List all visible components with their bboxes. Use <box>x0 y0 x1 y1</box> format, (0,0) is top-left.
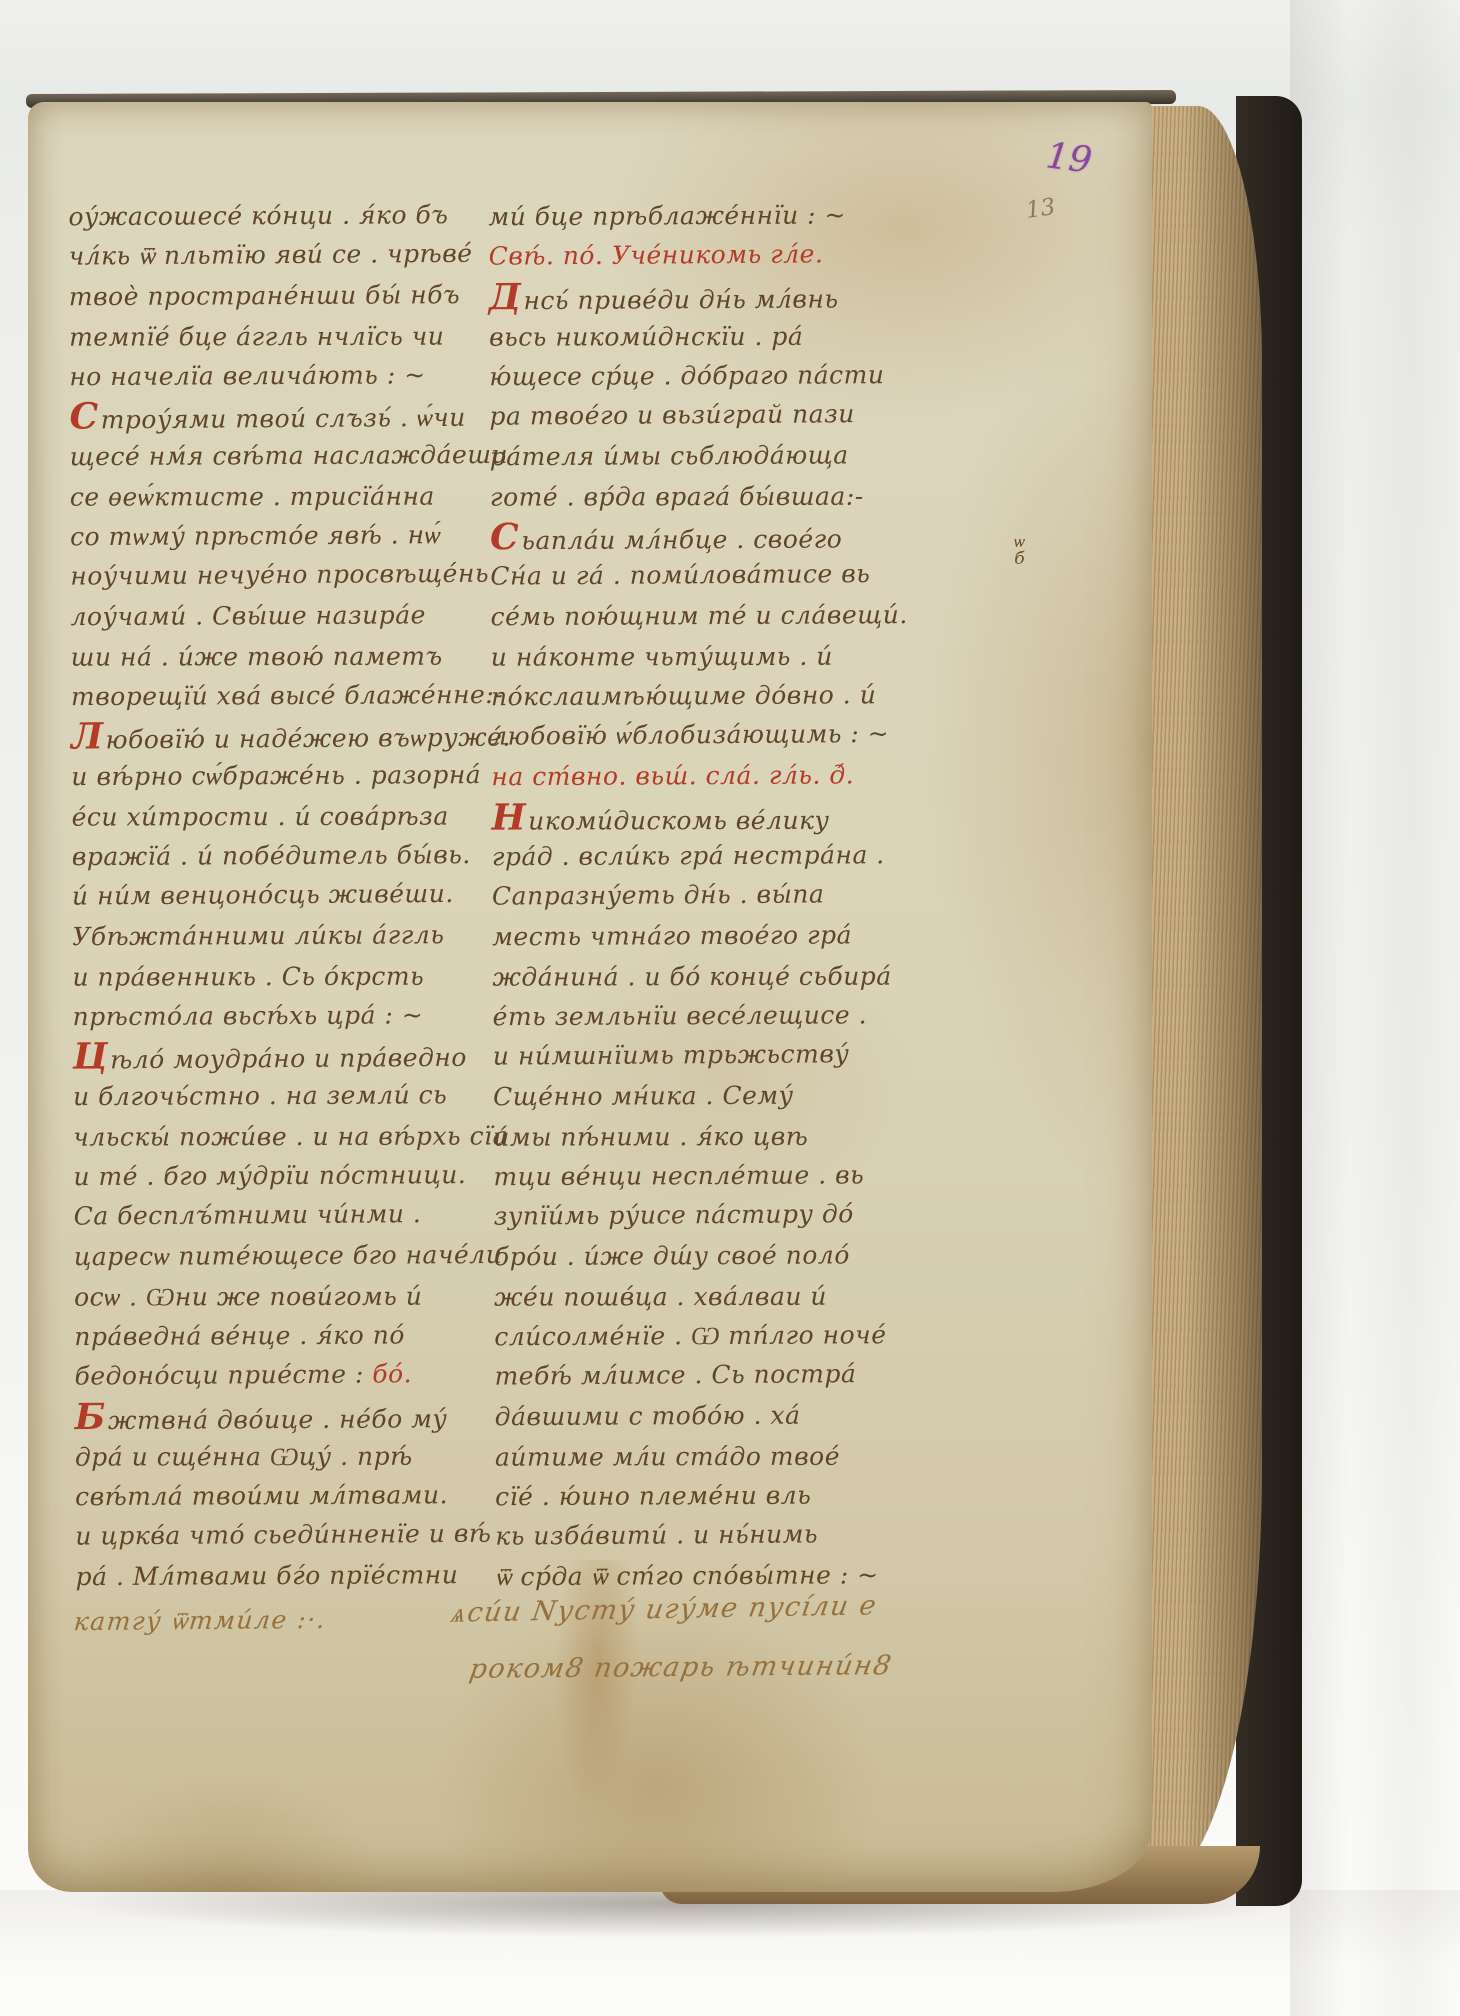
body-text: сли́солме́нїе . Ѡ тп́лго ноче́ <box>494 1320 886 1351</box>
body-text: гра́д . всли́кь гра́ нестра́на . <box>492 840 885 871</box>
text-line: ѿ ср́да ѿ ст́го спо́вы́тне : ~ <box>495 1555 975 1598</box>
scribal-note-right-line2: роком8 пожарь ѣтчини́н8 <box>467 1650 895 1685</box>
text-line: и пра́венникь . Сь о́крсть <box>72 956 524 997</box>
text-line: зупїи́мь ру́исе па́стиру до́ <box>494 1193 974 1236</box>
body-text: Убѣжта́нними ли́кы а́ггль <box>72 920 444 951</box>
text-line: е́си хи́трости . и́ сова́рѣза <box>72 796 524 837</box>
text-line: и те́ . бго му́дрїи по́стници. <box>73 1155 525 1197</box>
text-line: пра́ведна́ ве́нце . я́ко по́ <box>74 1315 526 1357</box>
text-line: ра́ . Мл́твами бѓо прїе́стни <box>75 1555 527 1597</box>
body-text: нсь́ приве́ди дн́ь мл́внь <box>523 284 838 315</box>
folio-number-purple: 19 <box>1044 135 1094 181</box>
text-line: ю́щесе ср́це . до́браго па́сти <box>489 355 969 398</box>
body-text: и ни́мшнїимь трьжьству́ <box>493 1039 850 1070</box>
text-line: Днсь́ приве́ди дн́ь мл́внь <box>489 275 969 318</box>
text-line: Любовїю́ и наде́жею въѡруже́. <box>71 713 523 756</box>
text-line: и блгочь́стно . на земли́ сь <box>73 1075 525 1117</box>
body-text: лоу́чами́ . Свы́ше назира́е <box>70 600 426 631</box>
body-text: тци ве́нци неспле́тше . вь <box>493 1160 864 1191</box>
body-text: аи́тиме мл́и ста́до твое́ <box>495 1442 840 1472</box>
rubric-text: бо́. <box>372 1359 412 1388</box>
text-line: тебѣ́ мл́имсе . Сь постра́ <box>494 1353 974 1396</box>
red-initial: С <box>69 395 98 437</box>
body-text: месть чтна́го твое́го гра́ <box>492 920 852 951</box>
body-text: юбовїю́ и наде́жею въѡруже́. <box>105 723 511 755</box>
body-text: по́кслаимѣю́щиме до́вно . и́ <box>491 680 876 711</box>
text-line: аи́тиме мл́и ста́до твое́ <box>495 1436 975 1477</box>
body-text: ноу́чими нечуе́но просвѣще́нь <box>70 559 489 591</box>
text-line: и вѣ́рно сѡ́браже́нь . разорна́ <box>71 755 523 797</box>
body-text: да́вшими с тобо́ю . ха́ <box>495 1401 801 1432</box>
right-text-column: ми́ бце прѣблаже́ннїи : ~Свѣ́. по́. Уче́… <box>488 195 975 1597</box>
body-text: и́ ни́м венцоно́сць живе́ши. <box>72 879 454 911</box>
text-line: дра́ и сще́нна Ѡцу́ . прѣ́ <box>75 1436 527 1477</box>
text-line: сїе́ . ю́ино племе́ни вль <box>495 1475 975 1518</box>
text-line: бедоно́сци прие́сте : бо́. <box>74 1353 526 1396</box>
body-text: и на́конте чьту́щимь . и́ <box>491 642 833 672</box>
text-line: сли́солме́нїе . Ѡ тп́лго ноче́ <box>494 1315 974 1358</box>
manuscript-photo: { "folio": { "number_purple": "19", "num… <box>0 0 1460 2016</box>
text-line: жда́нина́ . и бо́ конце́ сьбира́ <box>492 956 972 997</box>
body-text: Сн́а и га́ . поми́лова́тисе вь <box>490 559 870 591</box>
scribal-note-left: катгу́ ѿтми́ле :·. <box>72 1605 327 1637</box>
text-line: Убѣжта́нними ли́кы а́ггль <box>72 915 524 957</box>
text-line: е́ть земльнїи весе́лещисе . <box>493 995 973 1038</box>
text-line: же́и пошв́ца . хва́лваи и́ <box>494 1276 974 1317</box>
body-text: ра́теля и́мы сьблюда́юща <box>490 440 849 471</box>
body-text: жда́нина́ . и бо́ конце́ сьбира́ <box>492 962 891 992</box>
body-text: и пра́венникь . Сь о́крсть <box>72 962 424 992</box>
text-line: Сще́нно мн́ика . Сему́ <box>493 1075 973 1118</box>
body-text: свѣ́тла́ твои́ми мл́твами. <box>75 1480 448 1511</box>
text-line: вражїа́ . и́ побе́дитель бы́вь. <box>72 835 524 877</box>
body-text: ши на́ . и́же твою́ паметъ <box>71 642 443 672</box>
red-initial: Л <box>71 715 104 757</box>
body-text: царесѡ пите́ющесе бго наче́ли <box>74 1240 503 1271</box>
text-line: и на́конте чьту́щимь . и́ <box>491 636 971 677</box>
body-text: оу́жасошесе́ ко́нци . я́ко бъ <box>68 200 448 231</box>
body-text: вражїа́ . и́ побе́дитель бы́вь. <box>72 840 471 871</box>
text-line: и ни́мшнїимь трьжьству́ <box>493 1033 973 1076</box>
body-text: икоми́дискомь ве́лику <box>528 806 829 836</box>
body-text: троу́ями твои́ слъзь́ . ѡ́чи <box>101 403 466 435</box>
text-line: Сн́а и га́ . поми́лова́тисе вь <box>490 553 970 596</box>
text-line: и́мы пѣ́ними . я́ко цвѣ <box>493 1116 973 1157</box>
body-text: и вѣ́рно сѡ́браже́нь . разорна́ <box>71 760 481 791</box>
text-line: Сьапла́и мл́нбце . свое́го <box>490 515 970 558</box>
body-text: щесе́ нм́я свѣ́та наслажда́еши <box>70 440 509 471</box>
body-text: ѿ ср́да ѿ ст́го спо́вы́тне : ~ <box>495 1560 878 1591</box>
body-text: и блгочь́стно . на земли́ сь <box>73 1080 447 1111</box>
body-text: се ѳеѡ́ктисте . трисїа́нна <box>70 482 435 512</box>
text-line: се ѳеѡ́ктисте . трисїа́нна <box>70 476 522 517</box>
margin-gloss: ѡ б <box>1014 534 1025 568</box>
text-line: готе́ . вр́да врага́ бы́вшаа:- <box>490 476 970 517</box>
text-line: Свѣ́. по́. Уче́никомь гл́е. <box>489 233 969 276</box>
text-line: по́кслаимѣю́щиме до́вно . и́ <box>491 675 971 718</box>
body-text: любовїю́ ѡ́блобиза́ющимь : ~ <box>491 719 889 751</box>
text-line: и́ ни́м венцоно́сць живе́ши. <box>72 873 524 916</box>
body-text: ми́ бце прѣблаже́ннїи : ~ <box>488 200 846 231</box>
body-text: зупїи́мь ру́исе па́стиру до́ <box>494 1199 854 1231</box>
body-text: чл́кь ѿ пльтїю яви́ се . чрѣве́ <box>69 239 473 271</box>
rubric-text: Свѣ́. по́. Уче́никомь гл́е. <box>489 239 824 270</box>
text-line: твоѐ простране́нши бы́ нбъ <box>69 275 521 317</box>
text-line: Никоми́дискомь ве́лику <box>492 796 972 837</box>
text-line: тци ве́нци неспле́тше . вь <box>493 1155 973 1198</box>
body-text: ра́ . Мл́твами бѓо прїе́стни <box>75 1560 458 1591</box>
text-line: творещїи́ хва́ высе́ блаже́нне:- <box>71 675 523 717</box>
text-line: оу́жасошесе́ ко́нци . я́ко бъ <box>68 195 520 237</box>
body-text: ю́щесе ср́це . до́браго па́сти <box>489 360 884 391</box>
text-line: чл́кь ѿ пльтїю яви́ се . чрѣве́ <box>69 233 521 276</box>
text-line: любовїю́ ѡ́блобиза́ющимь : ~ <box>491 713 971 756</box>
text-line: ши на́ . и́же твою́ паметъ <box>71 636 523 677</box>
left-text-column: оу́жасошесе́ ко́нци . я́ко бъчл́кь ѿ пль… <box>68 195 527 1597</box>
margin-gloss-bottom: б <box>1014 551 1025 568</box>
text-line: Строу́ями твои́ слъзь́ . ѡ́чи <box>69 393 521 436</box>
text-line: темпїе́ бце а́ггль нчлїсь чи <box>69 316 521 357</box>
text-line: лоу́чами́ . Свы́ше назира́е <box>70 595 522 637</box>
body-text: тебѣ́ мл́имсе . Сь постра́ <box>494 1359 856 1391</box>
text-line: Цѣло́ моудра́но и пра́ведно <box>73 1033 525 1076</box>
text-line: свѣ́тла́ твои́ми мл́твами. <box>75 1475 527 1517</box>
text-line: прѣсто́ла вьсѣ́хь цра́ : ~ <box>73 995 525 1037</box>
text-line: вьсь никоми́днскїи . ра́ <box>489 316 969 357</box>
body-text: твоѐ простране́нши бы́ нбъ <box>69 280 460 311</box>
body-text: бро́и . и́же дш́у свое́ поло́ <box>494 1240 850 1271</box>
body-text: со тѡму́ прѣсто́е явѣ́ . нѡ́ <box>70 520 441 551</box>
body-text: готе́ . вр́да врага́ бы́вшаа:- <box>490 482 864 512</box>
red-initial: Н <box>492 797 527 839</box>
body-text: бедоно́сци прие́сте : <box>74 1359 372 1390</box>
body-text: ра твое́го и вьзи́грай пази <box>489 399 855 431</box>
body-text: кь изба́вити́ . и нь́нимь <box>495 1519 818 1550</box>
red-initial: С <box>490 516 519 558</box>
text-line: на ст́вно. вьш́. сла́. гл́ь. д́. <box>491 755 971 798</box>
text-line: месть чтна́го твое́го гра́ <box>492 915 972 958</box>
text-line: Са бесплъ́тними чи́нми . <box>74 1193 526 1236</box>
text-line: осѡ . Ѡни же пови́гомь и́ <box>74 1276 526 1317</box>
body-text: се́мь пою́щним те́ и сла́вещи́. <box>490 600 907 631</box>
text-line: ра твое́го и вьзи́грай пази <box>489 393 969 436</box>
text-line: щесе́ нм́я свѣ́та наслажда́еши <box>70 435 522 477</box>
body-text: е́ть земльнїи весе́лещисе . <box>493 1000 868 1031</box>
text-line: ноу́чими нечуе́но просвѣще́нь <box>70 553 522 596</box>
text-line: Сапразну́еть дн́ь . вы́па <box>492 873 972 916</box>
text-line: но начелїа велича́ють : ~ <box>69 355 521 397</box>
body-text: темпїе́ бце а́ггль нчлїсь чи <box>69 322 444 352</box>
body-text: и́мы пѣ́ними . я́ко цвѣ <box>493 1122 808 1152</box>
text-line: Бжтвна́ дво́ице . не́бо му́ <box>75 1395 527 1437</box>
body-text: чльскы́ пожи́ве . и на вѣ́рхь сїа <box>73 1121 508 1151</box>
text-line: да́вшими с тобо́ю . ха́ <box>495 1395 975 1438</box>
text-line: се́мь пою́щним те́ и сла́вещи́. <box>490 595 970 638</box>
body-text: творещїи́ хва́ высе́ блаже́нне:- <box>71 680 503 711</box>
rubric-text: на ст́вно. вьш́. сла́. гл́ь. д́. <box>491 760 854 791</box>
red-initial: Д <box>489 276 522 318</box>
body-text: вьсь никоми́днскїи . ра́ <box>489 322 803 352</box>
body-text: же́и пошв́ца . хва́лваи и́ <box>494 1282 827 1312</box>
red-initial: Б <box>75 1396 106 1438</box>
text-line: ми́ бце прѣблаже́ннїи : ~ <box>488 195 968 238</box>
text-line: гра́д . всли́кь гра́ нестра́на . <box>492 835 972 878</box>
text-line: чльскы́ пожи́ве . и на вѣ́рхь сїа <box>73 1116 525 1157</box>
body-text: Сще́нно мн́ика . Сему́ <box>493 1081 794 1112</box>
background-cloth-fold <box>1290 0 1460 2016</box>
red-initial: Ц <box>73 1035 109 1077</box>
body-text: пра́ведна́ ве́нце . я́ко по́ <box>74 1320 405 1351</box>
body-text: но начелїа велича́ють : ~ <box>69 360 426 391</box>
body-text: осѡ . Ѡни же пови́гомь и́ <box>74 1282 422 1312</box>
text-line: царесѡ пите́ющесе бго наче́ли <box>74 1235 526 1277</box>
body-text: и те́ . бго му́дрїи по́стници. <box>73 1160 466 1191</box>
text-line: со тѡму́ прѣсто́е явѣ́ . нѡ́ <box>70 515 522 557</box>
body-text: ьапла́и мл́нбце . свое́го <box>521 524 842 555</box>
body-text: жтвна́ дво́ице . не́бо му́ <box>108 1404 448 1435</box>
body-text: Са бесплъ́тними чи́нми . <box>74 1199 422 1230</box>
text-line: кь изба́вити́ . и нь́нимь <box>495 1513 975 1556</box>
text-line: ра́теля и́мы сьблюда́юща <box>490 435 970 478</box>
body-text: прѣсто́ла вьсѣ́хь цра́ : ~ <box>73 1000 424 1031</box>
body-text: Сапразну́еть дн́ь . вы́па <box>492 879 825 910</box>
body-text: и цркв́а что́ сьеди́нненїе и вѣ́ <box>75 1519 491 1551</box>
body-text: сїе́ . ю́ино племе́ни вль <box>495 1481 811 1512</box>
body-text: дра́ и сще́нна Ѡцу́ . прѣ́ <box>75 1442 413 1472</box>
body-text: е́си хи́трости . и́ сова́рѣза <box>72 802 449 832</box>
body-text: ѣло́ моудра́но и пра́ведно <box>110 1043 467 1074</box>
text-line: бро́и . и́же дш́у свое́ поло́ <box>494 1235 974 1278</box>
folio-number-pencil: 13 <box>1024 194 1057 224</box>
text-line: и цркв́а что́ сьеди́нненїе и вѣ́ <box>75 1513 527 1556</box>
